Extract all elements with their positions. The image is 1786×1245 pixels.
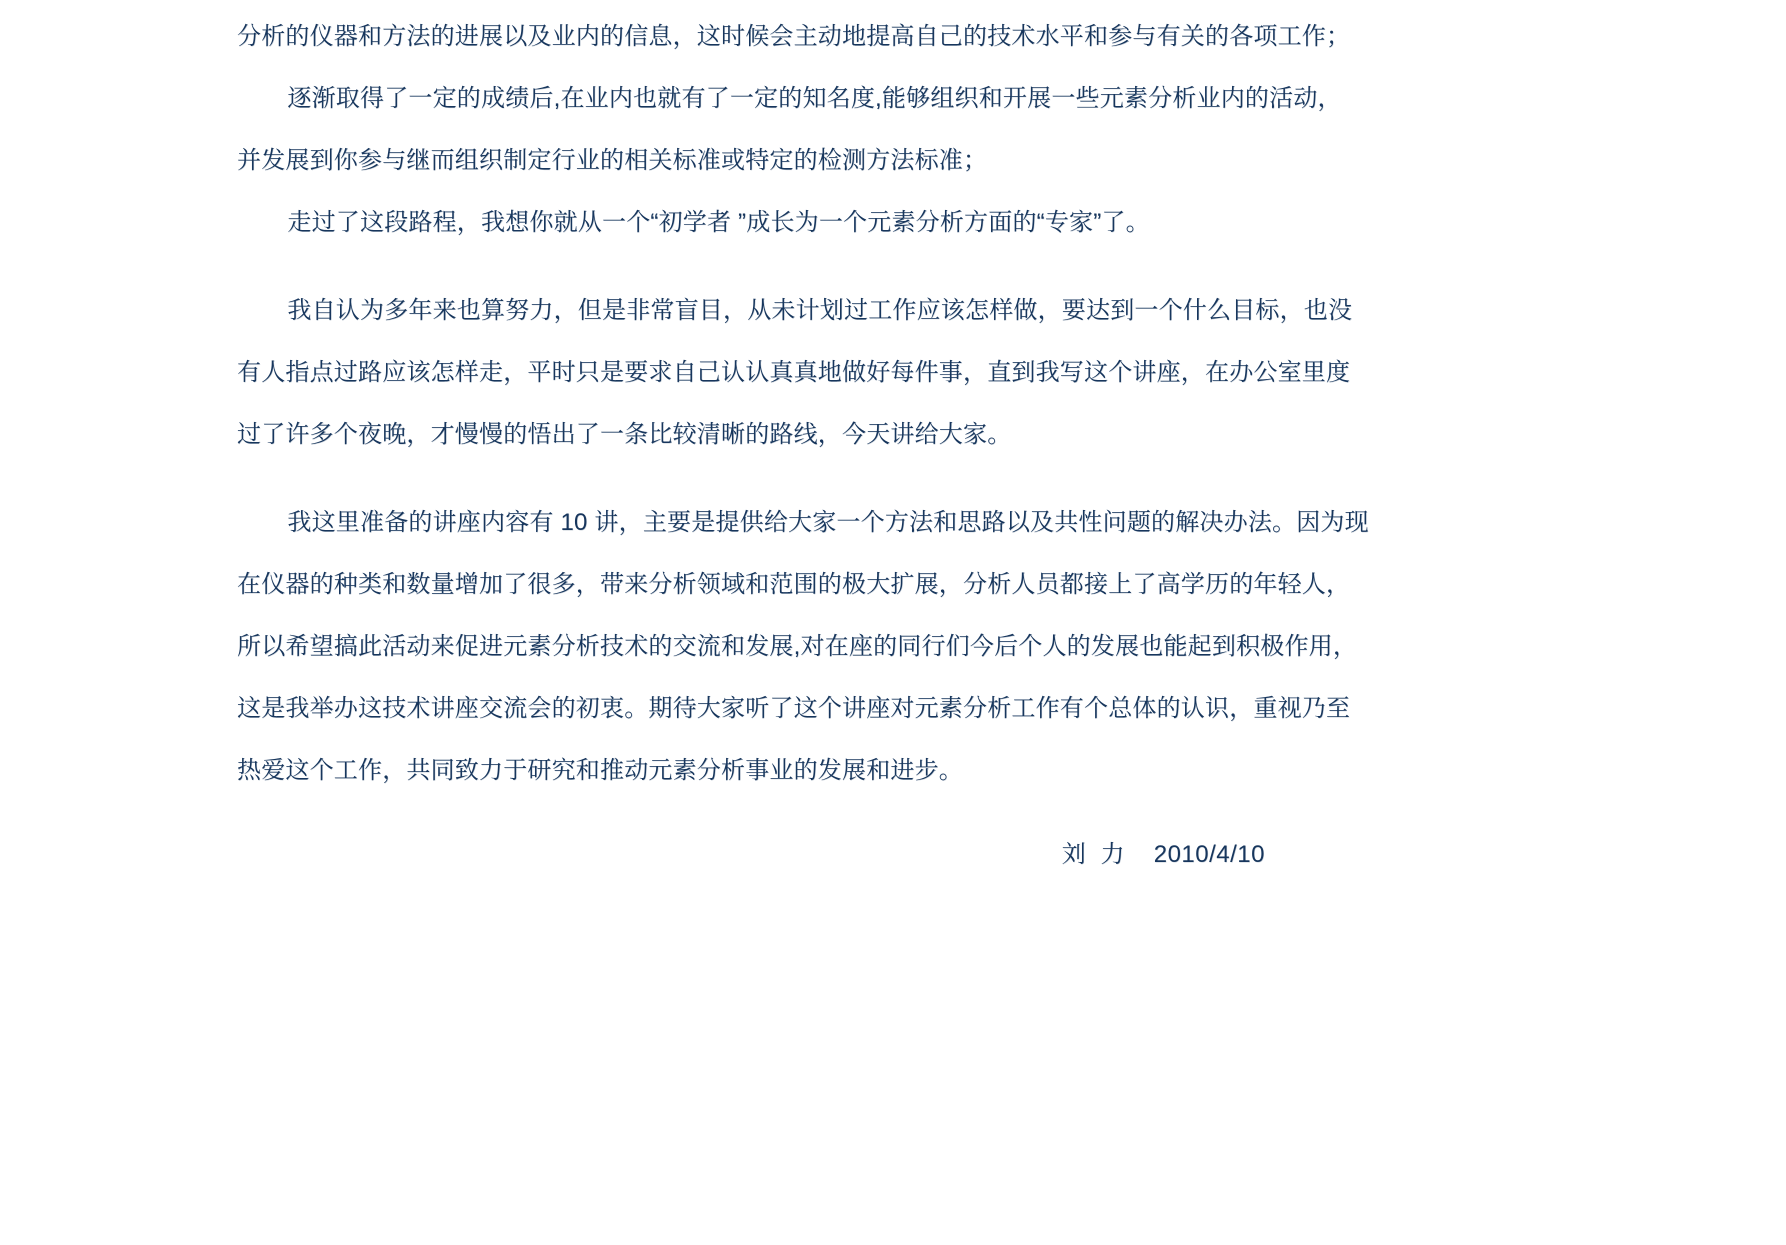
text-line: 逐渐取得了一定的成绩后,在业内也就有了一定的知名度,能够组织和开展一些元素分析业… <box>237 68 1341 130</box>
signature-line: 刘 力 2010/4/10 <box>237 824 1341 886</box>
paragraph: 走过了这段路程，我想你就从一个“初学者 ”成长为一个元素分析方面的“专家”了。 <box>237 192 1341 254</box>
text-line: 所以希望搞此活动来促进元素分析技术的交流和发展,对在座的同行们今后个人的发展也能… <box>237 616 1341 678</box>
text-line: 我这里准备的讲座内容有 10 讲，主要是提供给大家一个方法和思路以及共性问题的解… <box>237 492 1341 554</box>
text-line: 我自认为多年来也算努力，但是非常盲目，从未计划过工作应该怎样做，要达到一个什么目… <box>237 280 1341 342</box>
text-line: 并发展到你参与继而组织制定行业的相关标准或特定的检测方法标准； <box>237 130 1341 192</box>
document-body: 分析的仪器和方法的进展以及业内的信息，这时候会主动地提高自己的技术水平和参与有关… <box>237 6 1341 886</box>
paragraph-list: 分析的仪器和方法的进展以及业内的信息，这时候会主动地提高自己的技术水平和参与有关… <box>237 6 1341 802</box>
text-line: 热爱这个工作，共同致力于研究和推动元素分析事业的发展和进步。 <box>237 740 1341 802</box>
paragraph: 逐渐取得了一定的成绩后,在业内也就有了一定的知名度,能够组织和开展一些元素分析业… <box>237 68 1341 192</box>
text-line: 过了许多个夜晚，才慢慢的悟出了一条比较清晰的路线，今天讲给大家。 <box>237 404 1341 466</box>
paragraph: 分析的仪器和方法的进展以及业内的信息，这时候会主动地提高自己的技术水平和参与有关… <box>237 6 1341 68</box>
paragraph: 我自认为多年来也算努力，但是非常盲目，从未计划过工作应该怎样做，要达到一个什么目… <box>237 280 1341 466</box>
document-page: 分析的仪器和方法的进展以及业内的信息，这时候会主动地提高自己的技术水平和参与有关… <box>0 0 1786 1245</box>
text-line: 有人指点过路应该怎样走，平时只是要求自己认认真真地做好每件事，直到我写这个讲座，… <box>237 342 1341 404</box>
text-line: 在仪器的种类和数量增加了很多，带来分析领域和范围的极大扩展，分析人员都接上了高学… <box>237 554 1341 616</box>
text-line: 分析的仪器和方法的进展以及业内的信息，这时候会主动地提高自己的技术水平和参与有关… <box>237 6 1341 68</box>
paragraph: 我这里准备的讲座内容有 10 讲，主要是提供给大家一个方法和思路以及共性问题的解… <box>237 492 1341 802</box>
text-line: 走过了这段路程，我想你就从一个“初学者 ”成长为一个元素分析方面的“专家”了。 <box>237 192 1341 254</box>
text-line: 这是我举办这技术讲座交流会的初衷。期待大家听了这个讲座对元素分析工作有个总体的认… <box>237 678 1341 740</box>
